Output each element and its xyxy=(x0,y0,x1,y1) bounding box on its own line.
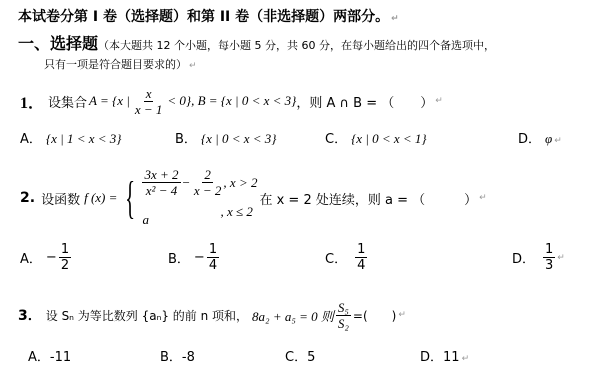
section-label: 一、选择题 xyxy=(18,34,98,53)
question-stem-suffix: ，则 A ∩ B = （ ） xyxy=(296,92,433,111)
fraction-numerator: 3x + 2 xyxy=(142,168,180,183)
intro-text: 本试卷分第 I 卷（选择题）和第 II 卷（非选择题）两部分。↵ xyxy=(18,6,399,26)
q2-option-b[interactable]: B． − 14 xyxy=(168,243,219,272)
q3-option-d[interactable]: D．11↵ xyxy=(420,346,469,365)
return-mark-icon: ↵ xyxy=(391,14,399,24)
option-value: φ xyxy=(545,131,552,146)
fraction-numerator: 1 xyxy=(207,243,219,258)
fraction-numerator: x xyxy=(144,87,154,102)
option-label: A． xyxy=(20,248,42,267)
case-2: a , x ≤ 2 xyxy=(142,212,257,228)
case1-condition: , x > 2 xyxy=(223,175,257,191)
question-stem-suffix: 在 x = 2 处连续，则 a = （ ） xyxy=(259,189,477,208)
case1-fraction1: 3x + 2 x² − 4 xyxy=(142,168,180,197)
minus-sign: − xyxy=(183,175,190,191)
fraction-denominator: 3 xyxy=(543,258,555,272)
q3-option-b[interactable]: B．-8 xyxy=(160,346,195,365)
option-value: 5 xyxy=(307,350,315,365)
option-sign: − xyxy=(46,250,57,265)
question-1: 1． 设集合 A = {x | x x − 1 < 0}, B = {x | 0… xyxy=(20,80,443,122)
option-label: D． xyxy=(420,350,443,365)
brace-icon: { xyxy=(125,175,135,221)
option-value: -8 xyxy=(182,350,195,365)
section-heading: 一、选择题（本大题共 12 个小题，每小题 5 分，共 60 分，在每小题给出的… xyxy=(18,31,495,54)
set-a-lhs: A = {x | xyxy=(89,93,130,109)
q1-option-d[interactable]: D．φ↵ xyxy=(518,128,562,147)
fraction-numerator: S₅ xyxy=(336,301,351,316)
question-stem-prefix: 设函数 xyxy=(41,189,80,208)
option-fraction: 12 xyxy=(59,243,71,272)
question-condition: 8a₂ + a₅ = 0 则 xyxy=(252,306,334,325)
fraction-denominator: x − 1 xyxy=(133,102,165,116)
fraction-denominator: 4 xyxy=(207,258,219,272)
return-mark-icon: ↵ xyxy=(189,61,197,71)
option-value: {x | 0 < x < 1} xyxy=(351,131,427,146)
section-note-line2-row: 只有一项是符合题目要求的）↵ xyxy=(44,56,197,72)
question-stem-suffix: =( ) xyxy=(353,307,396,324)
fraction-numerator: 1 xyxy=(543,243,555,258)
fraction-denominator: 4 xyxy=(355,258,367,272)
option-label: A． xyxy=(20,132,42,147)
option-label: D． xyxy=(518,132,541,147)
q1-option-a[interactable]: A．{x | 1 < x < 3} xyxy=(20,128,121,147)
function-name: f (x) = xyxy=(84,190,117,206)
option-label: C． xyxy=(325,132,347,147)
option-value: 11 xyxy=(443,350,460,365)
option-sign: − xyxy=(194,250,205,265)
case2-expression: a xyxy=(142,212,220,228)
case2-condition: , x ≤ 2 xyxy=(220,204,252,220)
fraction-denominator: 2 xyxy=(59,258,71,272)
intro-label: 本试卷分第 I 卷（选择题）和第 II 卷（非选择题）两部分。 xyxy=(18,9,389,25)
option-label: B． xyxy=(168,248,190,267)
fraction-numerator: 2 xyxy=(202,168,213,183)
section-note-line2: 只有一项是符合题目要求的） xyxy=(44,58,187,71)
section-note-line1: （本大题共 12 个小题，每小题 5 分，共 60 分，在每小题给出的四个备选项… xyxy=(98,39,495,52)
q3-option-c[interactable]: C．5 xyxy=(285,346,315,365)
option-value: {x | 0 < x < 3} xyxy=(201,131,277,146)
option-label: C． xyxy=(285,350,307,365)
q2-option-a[interactable]: A． − 12 xyxy=(20,243,71,272)
option-label: B． xyxy=(160,350,182,365)
fraction-denominator: x − 2 xyxy=(192,183,224,197)
option-label: D． xyxy=(512,248,535,267)
question-number: 2. xyxy=(20,190,35,206)
fraction-denominator: S₂ xyxy=(336,316,351,330)
q3-option-a[interactable]: A．-11 xyxy=(28,346,71,365)
fraction-denominator: x² − 4 xyxy=(144,183,179,197)
ratio-fraction: S₅ S₂ xyxy=(336,301,351,330)
question-stem-prefix: 设 Sₙ 为等比数列 {aₙ} 的前 n 项和， xyxy=(46,307,248,324)
case-1: 3x + 2 x² − 4 − 2 x − 2 , x > 2 xyxy=(142,168,257,197)
piecewise-cases: 3x + 2 x² − 4 − 2 x − 2 , x > 2 a , x ≤ … xyxy=(142,168,257,228)
return-mark-icon: ↵ xyxy=(557,253,565,263)
case1-fraction2: 2 x − 2 xyxy=(192,168,224,197)
question-number: 1． xyxy=(20,90,44,113)
option-label: C． xyxy=(325,248,347,267)
option-label: A． xyxy=(28,350,50,365)
set-a-fraction: x x − 1 xyxy=(133,87,165,116)
option-value: {x | 1 < x < 3} xyxy=(46,131,122,146)
question-stem-prefix: 设集合 xyxy=(48,92,87,111)
q1-option-b[interactable]: B．{x | 0 < x < 3} xyxy=(175,128,276,147)
q2-option-c[interactable]: C． 14 xyxy=(325,243,367,272)
option-fraction: 14 xyxy=(207,243,219,272)
return-mark-icon: ↵ xyxy=(554,136,562,146)
option-value: -11 xyxy=(50,350,71,365)
question-3: 3． 设 Sₙ 为等比数列 {aₙ} 的前 n 项和， 8a₂ + a₅ = 0… xyxy=(18,295,406,335)
return-mark-icon: ↵ xyxy=(479,193,487,203)
question-number: 3． xyxy=(18,305,42,325)
option-fraction: 13 xyxy=(543,243,555,272)
q2-option-d[interactable]: D． 13 ↵ xyxy=(512,243,565,272)
option-label: B． xyxy=(175,132,197,147)
fraction-numerator: 1 xyxy=(59,243,71,258)
q1-option-c[interactable]: C．{x | 0 < x < 1} xyxy=(325,128,427,147)
return-mark-icon: ↵ xyxy=(462,354,470,364)
option-fraction: 14 xyxy=(355,243,367,272)
return-mark-icon: ↵ xyxy=(398,310,406,320)
set-a-rhs: < 0}, B = {x | 0 < x < 3} xyxy=(167,93,296,109)
return-mark-icon: ↵ xyxy=(435,96,443,106)
fraction-numerator: 1 xyxy=(355,243,367,258)
question-2: 2. 设函数 f (x) = { 3x + 2 x² − 4 − 2 x − 2… xyxy=(20,168,487,228)
